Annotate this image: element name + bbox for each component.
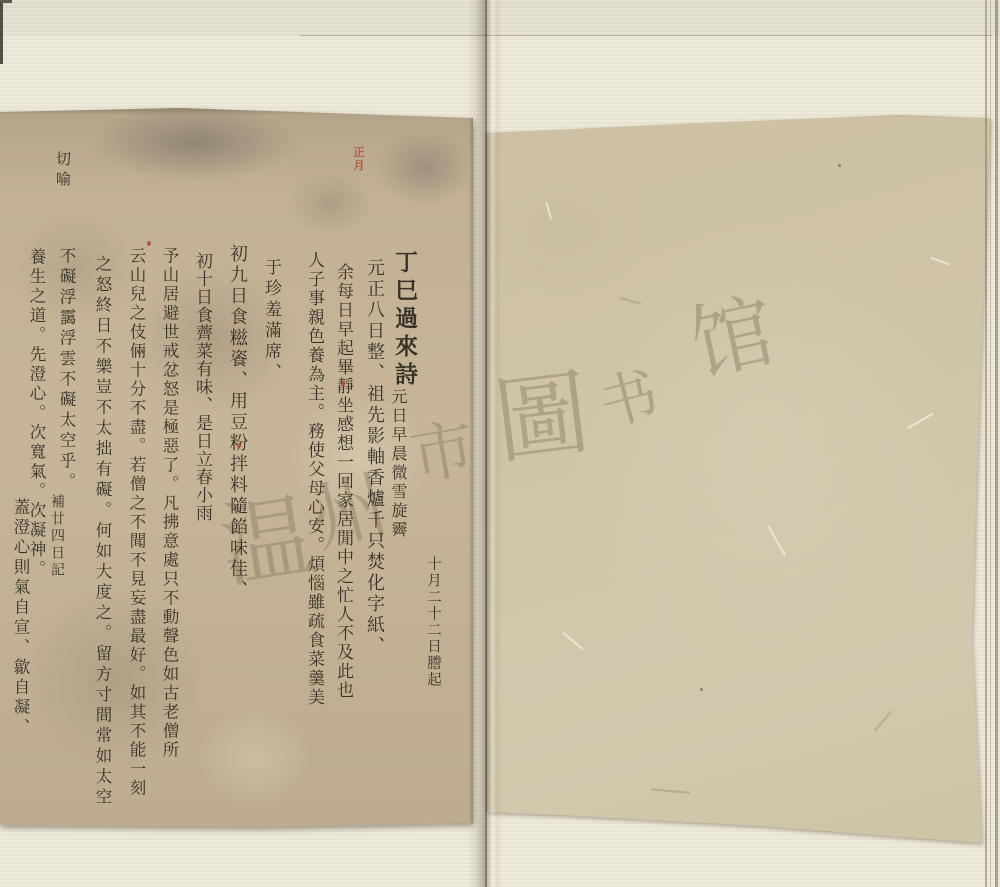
diary-column: 蓋澄心則氣自宣、歙自凝、 — [8, 498, 32, 738]
blank-facing-page-wrap — [484, 112, 992, 848]
red-ink-speck — [147, 241, 151, 246]
diary-column: 補廿四日記 — [47, 494, 67, 579]
scanned-manuscript-spread: 温 州 市 圖 书 馆 丁巳過來詩 元日早晨微雪旋霽 十月二十二日謄起 元正八日… — [0, 0, 1000, 887]
diary-column: 于珍羞滿席、 — [259, 258, 284, 384]
blank-facing-page — [484, 112, 992, 848]
book-edge-line — [990, 0, 991, 887]
diary-column: 元正八日整、祖先影軸香爐千只焚化字紙、 — [361, 258, 387, 657]
month-mark-red: 正月 — [351, 146, 367, 173]
red-ink-speck — [341, 381, 345, 386]
diary-column: 云山兒之伎倆十分不盡。若僧之不聞不見妄盡最好。如其不能一刻 — [124, 247, 148, 798]
diary-column: 予山居避世戒忿怒是極惡了。凡拂意處只不動聲色如古老僧所 — [157, 247, 181, 760]
watermark-char: 圖 — [490, 367, 595, 472]
red-ink-speck — [237, 443, 241, 448]
diary-column: 之怒終日不樂豈不太拙有礙。何如大度之。留方寸間常如太空 — [90, 255, 114, 809]
diary-column: 不礙浮靄浮雲不礙太空乎。 — [54, 247, 78, 493]
transcription-date-column: 十月二十二日謄起 — [423, 556, 444, 688]
gutter-fold-line — [485, 0, 487, 887]
diary-column: 人子事親色養為主。務使父母心安。煩惱雖疏食菜羹美 — [302, 251, 327, 707]
book-edge-line — [985, 0, 987, 887]
paper-speck — [700, 688, 703, 691]
diary-column: 余每日早起畢靜坐感想一回家居閒中之忙人不及此也 — [331, 263, 356, 700]
title-column: 丁巳過來詩 — [388, 250, 421, 390]
diary-column: 初十日食薺菜有味、是日立春小雨 — [190, 252, 215, 522]
paper-speck — [838, 164, 841, 167]
book-edge-line — [995, 0, 998, 887]
watermark-char: 馆 — [684, 290, 781, 387]
title-note-column: 元日早晨微雪旋霽 — [387, 388, 410, 540]
photo-corner-artifact — [0, 0, 3, 64]
corner-label: 切喻 — [53, 151, 74, 191]
diary-column: 初九日食糍餈、用豆粉拌料隨餡味佳、 — [224, 244, 250, 601]
backing-seam-line — [300, 35, 992, 36]
photo-corner-artifact — [0, 0, 12, 3]
